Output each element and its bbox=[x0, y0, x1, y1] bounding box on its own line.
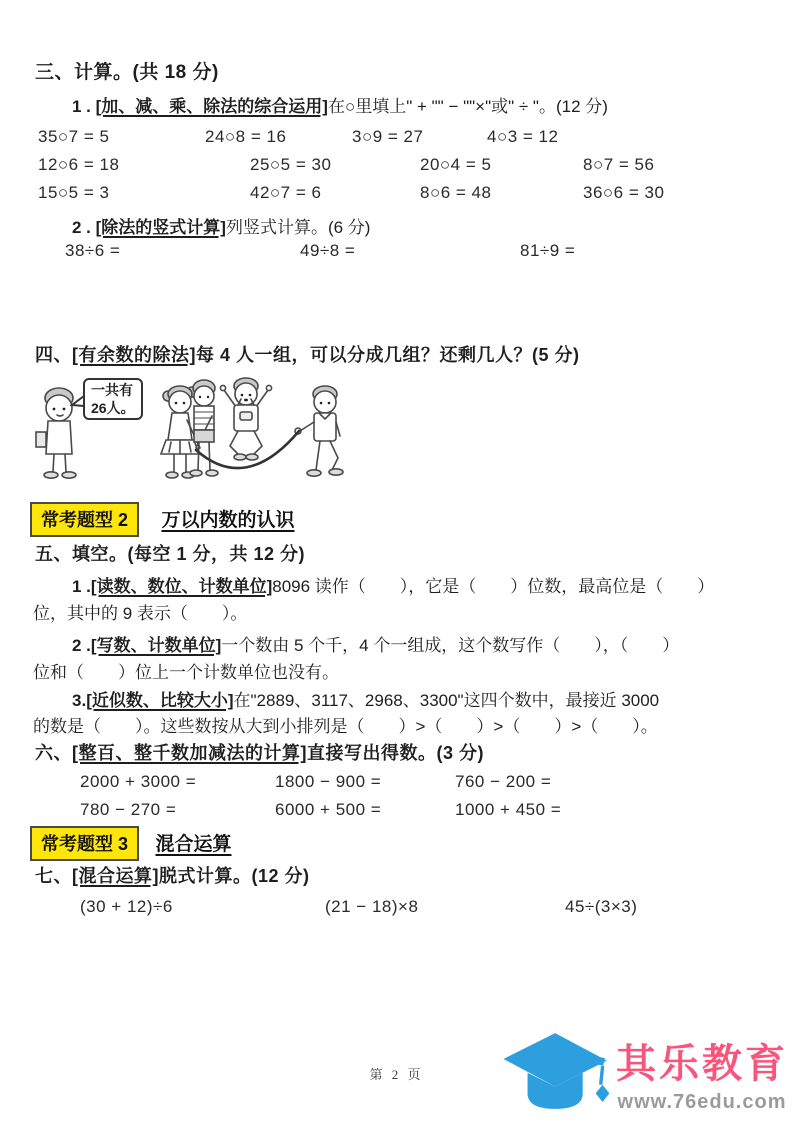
section4-topic-tag: [有余数的除法] bbox=[72, 345, 196, 365]
section3-heading: 三、计算。(共 18 分) bbox=[35, 57, 219, 84]
section6-topic-tag: [整百、整千数加减法的计算] bbox=[72, 743, 307, 763]
bubble-text-line2: 26人。 bbox=[91, 400, 135, 416]
logo-website-url: www.76edu.com bbox=[616, 1091, 788, 1114]
q-text: 8096 读作（ ），它是（ ）位数，最高位是（ ） bbox=[272, 577, 714, 596]
equation: 760 − 200 = bbox=[455, 772, 551, 792]
equation: 1800 − 900 = bbox=[275, 772, 381, 792]
section5-q3-line1: 3.[近似数、比较大小]在"2889、3117、2968、3300"这四个数中，… bbox=[72, 686, 659, 711]
section6-number: 六、 bbox=[35, 743, 72, 763]
section6-equation-row: 780 − 270 = 6000 + 500 = 1000 + 450 = bbox=[38, 800, 773, 826]
jump-rope-illustration-svg: 一共有 26人。 bbox=[28, 374, 373, 496]
equation: 42○7 = 6 bbox=[250, 183, 321, 203]
banner-topic2: 常考题型 2 万以内数的认识 bbox=[30, 502, 294, 537]
q-number: 3. bbox=[72, 691, 86, 710]
equation: 4○3 = 12 bbox=[487, 127, 558, 147]
section7-topic-tag: [混合运算] bbox=[72, 866, 159, 886]
q1-equation-row: 35○7 = 5 24○8 = 16 3○9 = 27 4○3 = 12 bbox=[38, 127, 773, 153]
section4-number: 四、 bbox=[35, 345, 72, 365]
equation: 35○7 = 5 bbox=[38, 127, 109, 147]
equation: 2000 + 3000 = bbox=[80, 772, 196, 792]
q-topic-tag: [近似数、比较大小] bbox=[86, 691, 233, 710]
topic3-badge: 常考题型 3 bbox=[30, 826, 139, 861]
q-text: 在"2889、3117、2968、3300"这四个数中，最接近 3000 bbox=[234, 691, 660, 710]
q1-equation-row: 12○6 = 18 25○5 = 30 20○4 = 5 8○7 = 56 bbox=[38, 155, 773, 181]
banner-topic3: 常考题型 3 混合运算 bbox=[30, 826, 231, 861]
q2-topic-tag: [除法的竖式计算] bbox=[96, 218, 226, 237]
equation: 38÷6 = bbox=[65, 241, 120, 261]
section7-instruction: 脱式计算。(12 分) bbox=[159, 866, 310, 886]
section7-heading: 七、[混合运算]脱式计算。(12 分) bbox=[35, 862, 310, 888]
section5-q3-line2: 的数是（ ）。这些数按从大到小排列是（ ）>（ ）>（ ）>（ ）。 bbox=[33, 712, 658, 737]
graduation-cap-icon bbox=[500, 1022, 612, 1120]
section5-q2-line2: 位和（ ）位上一个计数单位也没有。 bbox=[33, 658, 339, 683]
jump-rope-illustration: 一共有 26人。 bbox=[28, 374, 373, 501]
section3-q2-prompt: 2 . [除法的竖式计算]列竖式计算。(6 分) bbox=[72, 213, 370, 238]
equation: 780 − 270 = bbox=[80, 800, 176, 820]
equation: 12○6 = 18 bbox=[38, 155, 119, 175]
section5-q1-line1: 1 .[读数、数位、计数单位]8096 读作（ ），它是（ ）位数，最高位是（ … bbox=[72, 572, 714, 597]
section6-equation-row: 2000 + 3000 = 1800 − 900 = 760 − 200 = bbox=[38, 772, 773, 798]
logo-brand-name: 其乐教育 bbox=[616, 1044, 788, 1084]
topic3-title: 混合运算 bbox=[155, 834, 231, 855]
logo-text-block: 其乐教育 www.76edu.com bbox=[616, 1044, 788, 1114]
equation: 25○5 = 30 bbox=[250, 155, 331, 175]
equation: 45÷(3×3) bbox=[565, 897, 637, 917]
equation: 8○6 = 48 bbox=[420, 183, 491, 203]
q1-instruction: 在○里填上" + "" − ""×"或" ÷ "。(12 分) bbox=[328, 97, 608, 116]
section4-question: 每 4 人一组，可以分成几组？还剩几人？(5 分) bbox=[196, 345, 580, 365]
publisher-logo: 其乐教育 www.76edu.com bbox=[500, 1022, 790, 1120]
bubble-text-line1: 一共有 bbox=[91, 382, 133, 398]
equation: 24○8 = 16 bbox=[205, 127, 286, 147]
q-number: 2 . bbox=[72, 636, 91, 655]
q-topic-tag: [写数、计数单位] bbox=[91, 636, 221, 655]
section6-heading: 六、[整百、整千数加减法的计算]直接写出得数。(3 分) bbox=[35, 739, 484, 765]
equation: 6000 + 500 = bbox=[275, 800, 381, 820]
section7-number: 七、 bbox=[35, 866, 72, 886]
q2-number: 2 . bbox=[72, 218, 91, 237]
equation: 3○9 = 27 bbox=[352, 127, 423, 147]
worksheet-page: 三、计算。(共 18 分) 1 . [加、减、乘、除法的综合运用]在○里填上" … bbox=[0, 0, 793, 1122]
section4-heading: 四、[有余数的除法]每 4 人一组，可以分成几组？还剩几人？(5 分) bbox=[35, 341, 580, 367]
equation: (30 + 12)÷6 bbox=[80, 897, 173, 917]
q2-equation-row: 38÷6 = 49÷8 = 81÷9 = bbox=[38, 241, 773, 267]
section3-q1-prompt: 1 . [加、减、乘、除法的综合运用]在○里填上" + "" − ""×"或" … bbox=[72, 92, 608, 117]
equation: 49÷8 = bbox=[300, 241, 355, 261]
q1-topic-tag: [加、减、乘、除法的综合运用] bbox=[96, 97, 328, 116]
topic2-badge: 常考题型 2 bbox=[30, 502, 139, 537]
section5-q2-line1: 2 .[写数、计数单位]一个数由 5 个千，4 个一组成，这个数写作（ ），（ … bbox=[72, 631, 679, 656]
section7-equation-row: (30 + 12)÷6 (21 − 18)×8 45÷(3×3) bbox=[38, 897, 773, 923]
equation: 1000 + 450 = bbox=[455, 800, 561, 820]
q-text: 一个数由 5 个千，4 个一组成，这个数写作（ ），（ ） bbox=[221, 636, 679, 655]
q-topic-tag: [读数、数位、计数单位] bbox=[91, 577, 272, 596]
section5-q1-line2: 位，其中的 9 表示（ ）。 bbox=[33, 599, 247, 624]
equation: 8○7 = 56 bbox=[583, 155, 654, 175]
q1-number: 1 . bbox=[72, 97, 91, 116]
equation: 20○4 = 5 bbox=[420, 155, 491, 175]
equation: 81÷9 = bbox=[520, 241, 575, 261]
topic2-title: 万以内数的认识 bbox=[161, 510, 294, 531]
equation: 36○6 = 30 bbox=[583, 183, 664, 203]
q2-instruction: 列竖式计算。(6 分) bbox=[226, 218, 371, 237]
q-number: 1 . bbox=[72, 577, 91, 596]
section6-instruction: 直接写出得数。(3 分) bbox=[307, 743, 484, 763]
equation: 15○5 = 3 bbox=[38, 183, 109, 203]
q1-equation-row: 15○5 = 3 42○7 = 6 8○6 = 48 36○6 = 30 bbox=[38, 183, 773, 209]
section5-heading: 五、填空。(每空 1 分，共 12 分) bbox=[35, 540, 305, 566]
equation: (21 − 18)×8 bbox=[325, 897, 418, 917]
